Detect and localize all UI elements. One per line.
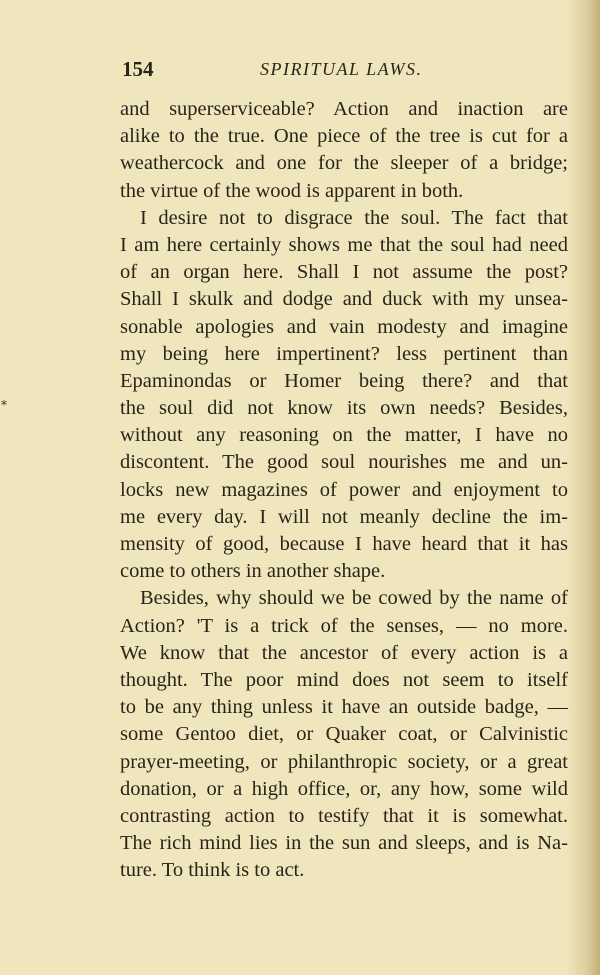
text-line: to be any thing unless it have an outsid…: [120, 694, 568, 721]
text-line: without any reasoning on the matter, I h…: [120, 422, 568, 449]
page-number: 154: [122, 57, 154, 82]
text-line: ture. To think is to act.: [120, 857, 568, 884]
text-line: alike to the true. One piece of the tree…: [120, 123, 568, 150]
text-line: thought. The poor mind does not seem to …: [120, 667, 568, 694]
running-head: SPIRITUAL LAWS.: [260, 59, 423, 80]
page-edge-shadow: [566, 0, 600, 975]
text-line: discontent. The good soul nourishes me a…: [120, 449, 568, 476]
text-line: of an organ here. Shall I not assume the…: [120, 259, 568, 286]
text-line: I am here certainly shows me that the so…: [120, 232, 568, 259]
text-line: my being here impertinent? less pertinen…: [120, 341, 568, 368]
text-line: mensity of good, because I have heard th…: [120, 531, 568, 558]
text-line: weathercock and one for the sleeper of a…: [120, 150, 568, 177]
text-line: the soul did not know its own needs? Bes…: [120, 395, 568, 422]
text-line: donation, or a high office, or, any how,…: [120, 776, 568, 803]
text-line: The rich mind lies in the sun and sleeps…: [120, 830, 568, 857]
text-line: Shall I skulk and dodge and duck with my…: [120, 286, 568, 313]
text-line: contrasting action to testify that it is…: [120, 803, 568, 830]
text-line: me every day. I will not meanly decline …: [120, 504, 568, 531]
text-line: sonable apologies and vain modesty and i…: [120, 314, 568, 341]
text-line: and superserviceable? Action and inactio…: [120, 96, 568, 123]
text-line: some Gentoo diet, or Quaker coat, or Cal…: [120, 721, 568, 748]
text-line: prayer-meeting, or philanthropic society…: [120, 749, 568, 776]
body-text: and superserviceable? Action and inactio…: [120, 96, 568, 884]
text-line: Epaminondas or Homer being there? and th…: [120, 368, 568, 395]
text-line: I desire not to disgrace the soul. The f…: [120, 205, 568, 232]
text-line: locks new magazines of power and enjoyme…: [120, 477, 568, 504]
page-header: 154 SPIRITUAL LAWS.: [122, 57, 568, 87]
margin-mark: *: [1, 398, 7, 412]
text-line: Besides, why should we be cowed by the n…: [120, 585, 568, 612]
text-line: come to others in another shape.: [120, 558, 568, 585]
text-line: We know that the ancestor of every actio…: [120, 640, 568, 667]
text-line: Action? 'T is a trick of the senses, — n…: [120, 613, 568, 640]
text-line: the virtue of the wood is apparent in bo…: [120, 178, 568, 205]
